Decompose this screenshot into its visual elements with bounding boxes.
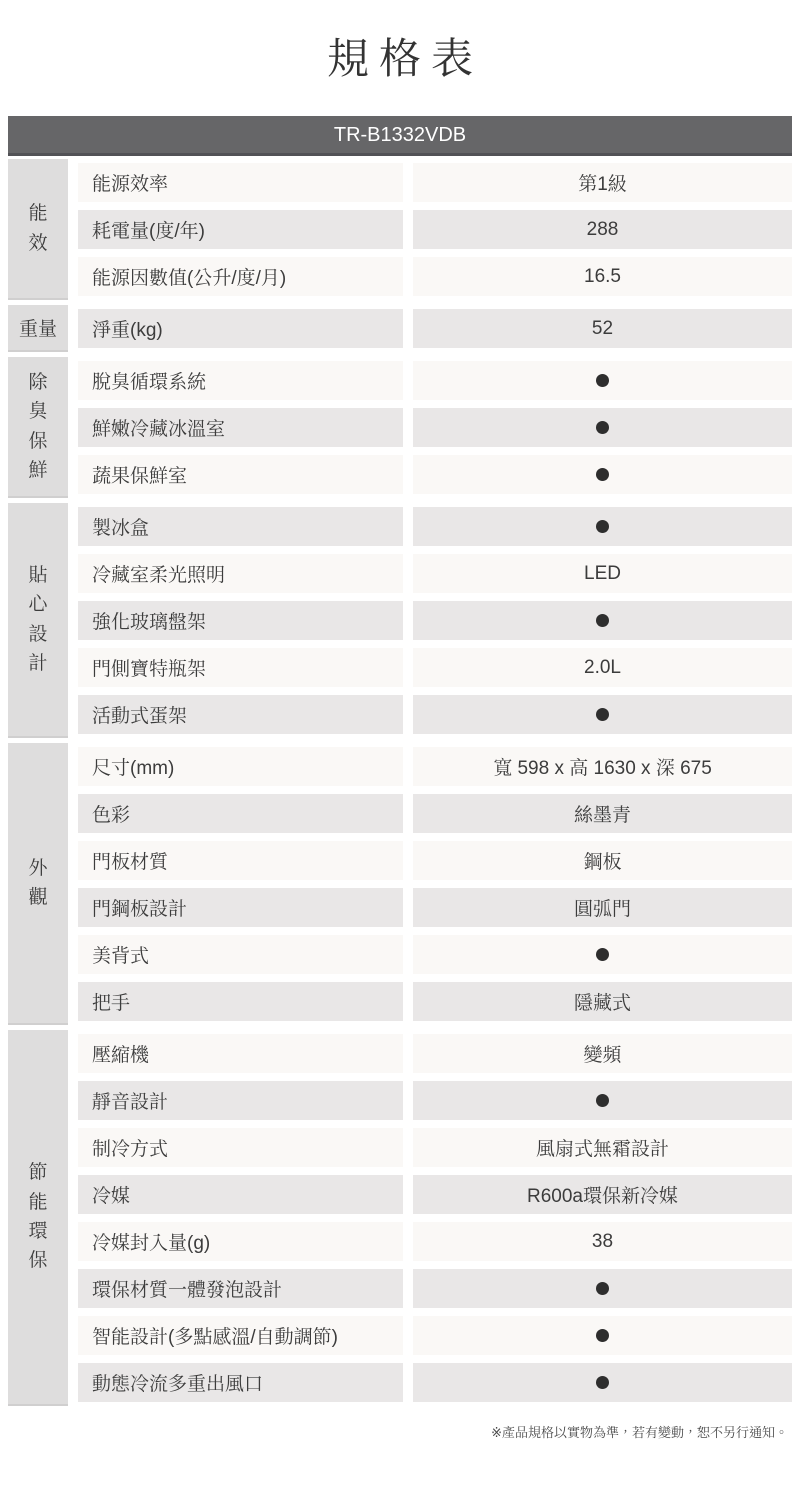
spec-table: 能效能源效率第1級耗電量(度/年)288能源因數值(公升/度/月)16.5重量淨… xyxy=(8,159,792,1406)
spec-row: 強化玻璃盤架 xyxy=(78,597,792,644)
spec-label: 色彩 xyxy=(78,794,403,833)
spec-row: 美背式 xyxy=(78,931,792,978)
section-energy-efficiency: 能效能源效率第1級耗電量(度/年)288能源因數值(公升/度/月)16.5 xyxy=(8,159,792,300)
spec-row: 環保材質一體發泡設計 xyxy=(78,1265,792,1312)
category-label-eco-energy: 節能環保 xyxy=(8,1030,68,1406)
spec-row: 冷媒封入量(g)38 xyxy=(78,1218,792,1265)
filled-dot-icon xyxy=(596,1094,609,1107)
filled-dot-icon xyxy=(596,468,609,481)
page-title: 規格表 xyxy=(0,0,800,86)
spec-value xyxy=(413,1269,792,1308)
spec-value: 風扇式無霜設計 xyxy=(413,1128,792,1167)
spec-value: 52 xyxy=(413,309,792,348)
spec-label: 把手 xyxy=(78,982,403,1021)
spec-row: 冷藏室柔光照明LED xyxy=(78,550,792,597)
spec-label: 門側寶特瓶架 xyxy=(78,648,403,687)
spec-row: 動態冷流多重出風口 xyxy=(78,1359,792,1406)
spec-value xyxy=(413,695,792,734)
spec-row: 製冰盒 xyxy=(78,503,792,550)
spec-value: 16.5 xyxy=(413,257,792,296)
spec-value: 38 xyxy=(413,1222,792,1261)
spec-value: 2.0L xyxy=(413,648,792,687)
section-thoughtful-design: 貼心設計製冰盒冷藏室柔光照明LED強化玻璃盤架門側寶特瓶架2.0L活動式蛋架 xyxy=(8,503,792,738)
section-exterior: 外觀尺寸(mm)寬 598 x 高 1630 x 深 675色彩絲墨青門板材質鋼… xyxy=(8,743,792,1025)
category-label-deodorize-fresh: 除臭保鮮 xyxy=(8,357,68,498)
spec-label: 靜音設計 xyxy=(78,1081,403,1120)
spec-row: 能源效率第1級 xyxy=(78,159,792,206)
spec-value xyxy=(413,455,792,494)
spec-value xyxy=(413,507,792,546)
filled-dot-icon xyxy=(596,520,609,533)
spec-label: 動態冷流多重出風口 xyxy=(78,1363,403,1402)
filled-dot-icon xyxy=(596,948,609,961)
spec-value: 288 xyxy=(413,210,792,249)
spec-row: 尺寸(mm)寬 598 x 高 1630 x 深 675 xyxy=(78,743,792,790)
filled-dot-icon xyxy=(596,374,609,387)
spec-value: 絲墨青 xyxy=(413,794,792,833)
spec-value xyxy=(413,935,792,974)
spec-row: 脫臭循環系統 xyxy=(78,357,792,404)
spec-row: 鮮嫩冷藏冰溫室 xyxy=(78,404,792,451)
spec-row: 蔬果保鮮室 xyxy=(78,451,792,498)
spec-label: 壓縮機 xyxy=(78,1034,403,1073)
spec-value: 圓弧門 xyxy=(413,888,792,927)
spec-row: 門側寶特瓶架2.0L xyxy=(78,644,792,691)
section-deodorize-fresh: 除臭保鮮脫臭循環系統鮮嫩冷藏冰溫室蔬果保鮮室 xyxy=(8,357,792,498)
spec-label: 冷媒 xyxy=(78,1175,403,1214)
spec-value xyxy=(413,361,792,400)
spec-label: 耗電量(度/年) xyxy=(78,210,403,249)
spec-label: 淨重(kg) xyxy=(78,309,403,348)
spec-row: 活動式蛋架 xyxy=(78,691,792,738)
spec-label: 製冰盒 xyxy=(78,507,403,546)
spec-value: 第1級 xyxy=(413,163,792,202)
spec-label: 智能設計(多點感溫/自動調節) xyxy=(78,1316,403,1355)
spec-sheet-page: { "title": "規格表", "model": "TR-B1332VDB"… xyxy=(0,0,800,1487)
category-label-exterior: 外觀 xyxy=(8,743,68,1025)
spec-label: 活動式蛋架 xyxy=(78,695,403,734)
filled-dot-icon xyxy=(596,421,609,434)
spec-row: 壓縮機變頻 xyxy=(78,1030,792,1077)
spec-label: 能源效率 xyxy=(78,163,403,202)
spec-value xyxy=(413,1316,792,1355)
spec-row: 門鋼板設計圓弧門 xyxy=(78,884,792,931)
spec-row: 能源因數值(公升/度/月)16.5 xyxy=(78,253,792,300)
filled-dot-icon xyxy=(596,1376,609,1389)
category-label-weight: 重量 xyxy=(8,305,68,352)
filled-dot-icon xyxy=(596,708,609,721)
category-label-energy-efficiency: 能效 xyxy=(8,159,68,300)
category-label-thoughtful-design: 貼心設計 xyxy=(8,503,68,738)
spec-value xyxy=(413,1363,792,1402)
spec-value: 變頻 xyxy=(413,1034,792,1073)
model-header: TR-B1332VDB xyxy=(8,116,792,156)
spec-row: 靜音設計 xyxy=(78,1077,792,1124)
spec-row: 把手隱藏式 xyxy=(78,978,792,1025)
filled-dot-icon xyxy=(596,614,609,627)
footnote: ※產品規格以實物為準，若有變動，恕不另行通知。 xyxy=(0,1422,788,1441)
spec-label: 冷媒封入量(g) xyxy=(78,1222,403,1261)
spec-value xyxy=(413,408,792,447)
spec-label: 美背式 xyxy=(78,935,403,974)
spec-label: 制冷方式 xyxy=(78,1128,403,1167)
spec-label: 能源因數值(公升/度/月) xyxy=(78,257,403,296)
filled-dot-icon xyxy=(596,1329,609,1342)
spec-label: 門鋼板設計 xyxy=(78,888,403,927)
section-weight: 重量淨重(kg)52 xyxy=(8,305,792,352)
spec-label: 門板材質 xyxy=(78,841,403,880)
spec-label: 冷藏室柔光照明 xyxy=(78,554,403,593)
filled-dot-icon xyxy=(596,1282,609,1295)
spec-row: 門板材質鋼板 xyxy=(78,837,792,884)
spec-row: 色彩絲墨青 xyxy=(78,790,792,837)
spec-row: 智能設計(多點感溫/自動調節) xyxy=(78,1312,792,1359)
spec-value: R600a環保新冷媒 xyxy=(413,1175,792,1214)
spec-value: 寬 598 x 高 1630 x 深 675 xyxy=(413,747,792,786)
spec-value xyxy=(413,1081,792,1120)
spec-value: 鋼板 xyxy=(413,841,792,880)
section-eco-energy: 節能環保壓縮機變頻靜音設計制冷方式風扇式無霜設計冷媒R600a環保新冷媒冷媒封入… xyxy=(8,1030,792,1406)
spec-label: 尺寸(mm) xyxy=(78,747,403,786)
spec-label: 環保材質一體發泡設計 xyxy=(78,1269,403,1308)
spec-value: 隱藏式 xyxy=(413,982,792,1021)
spec-row: 冷媒R600a環保新冷媒 xyxy=(78,1171,792,1218)
spec-row: 淨重(kg)52 xyxy=(78,305,792,352)
spec-label: 鮮嫩冷藏冰溫室 xyxy=(78,408,403,447)
spec-label: 強化玻璃盤架 xyxy=(78,601,403,640)
spec-label: 蔬果保鮮室 xyxy=(78,455,403,494)
spec-value xyxy=(413,601,792,640)
spec-value: LED xyxy=(413,554,792,593)
spec-label: 脫臭循環系統 xyxy=(78,361,403,400)
spec-row: 制冷方式風扇式無霜設計 xyxy=(78,1124,792,1171)
spec-row: 耗電量(度/年)288 xyxy=(78,206,792,253)
